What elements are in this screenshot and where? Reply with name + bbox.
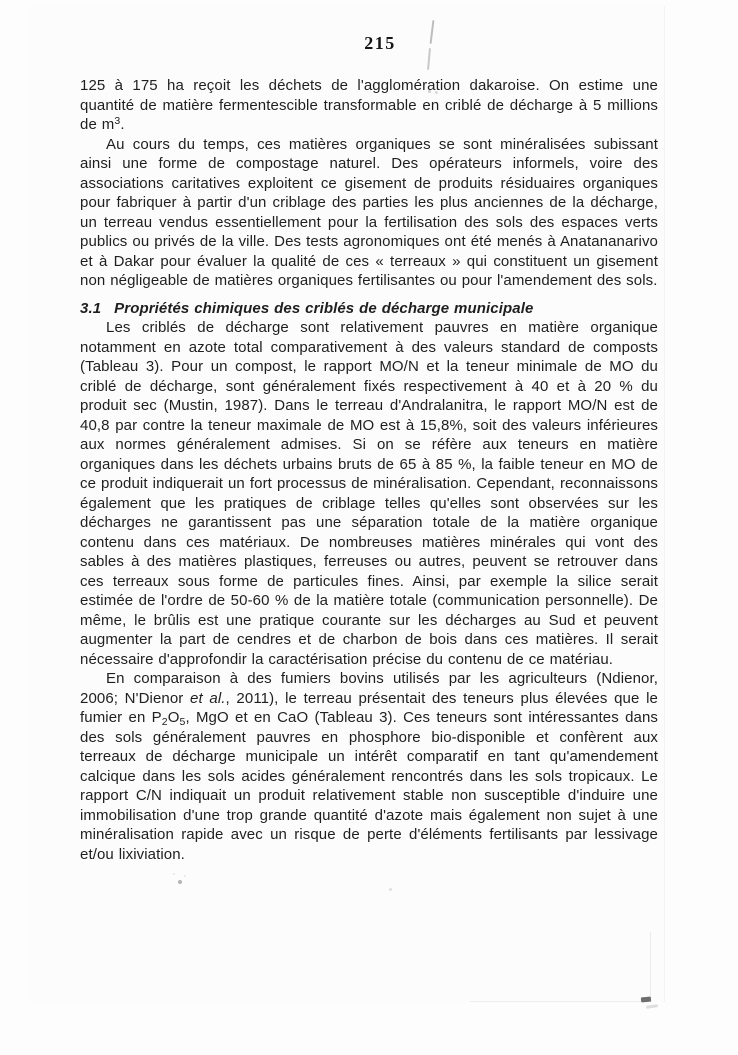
page-number: 215 [11, 33, 738, 54]
text-segment: . [120, 116, 124, 133]
document-body: 125 à 175 ha reçoit les déchets de l'agg… [80, 76, 658, 864]
text-segment: 2 [162, 716, 168, 728]
section-heading: 3.1Propriétés chimiques des criblés de d… [80, 299, 658, 319]
paragraph: Les criblés de décharge sont relativemen… [80, 318, 658, 669]
text-segment: 125 à 175 ha reçoit les déchets de l'agg… [80, 77, 658, 133]
page-edge-line [470, 1001, 652, 1002]
text-segment: Au cours du temps, ces matières organiqu… [80, 136, 658, 290]
page-edge-line [650, 932, 651, 1002]
scan-speck-icon [389, 888, 392, 891]
paragraph: En comparaison à des fumiers bovins util… [80, 669, 658, 864]
scanned-document-page: 215 125 à 175 ha reçoit les déchets de l… [0, 0, 738, 1055]
scan-corner-mark-icon [641, 997, 651, 1003]
scan-corner-smudge-icon [646, 1004, 658, 1009]
text-segment: , MgO et en CaO (Tableau 3). Ces teneurs… [80, 709, 658, 863]
text-segment: O [168, 709, 180, 726]
scan-speck-icon [178, 880, 182, 884]
section-number: 3.1 [80, 299, 101, 319]
section-title: Propriétés chimiques des criblés de déch… [114, 300, 533, 317]
paragraph: 125 à 175 ha reçoit les déchets de l'agg… [80, 76, 658, 135]
text-segment: et al. [190, 690, 226, 707]
text-segment: Les criblés de décharge sont relativemen… [80, 319, 658, 668]
paragraph: Au cours du temps, ces matières organiqu… [80, 135, 658, 291]
text-segment: 3 [114, 115, 120, 127]
text-segment: 5 [180, 716, 186, 728]
